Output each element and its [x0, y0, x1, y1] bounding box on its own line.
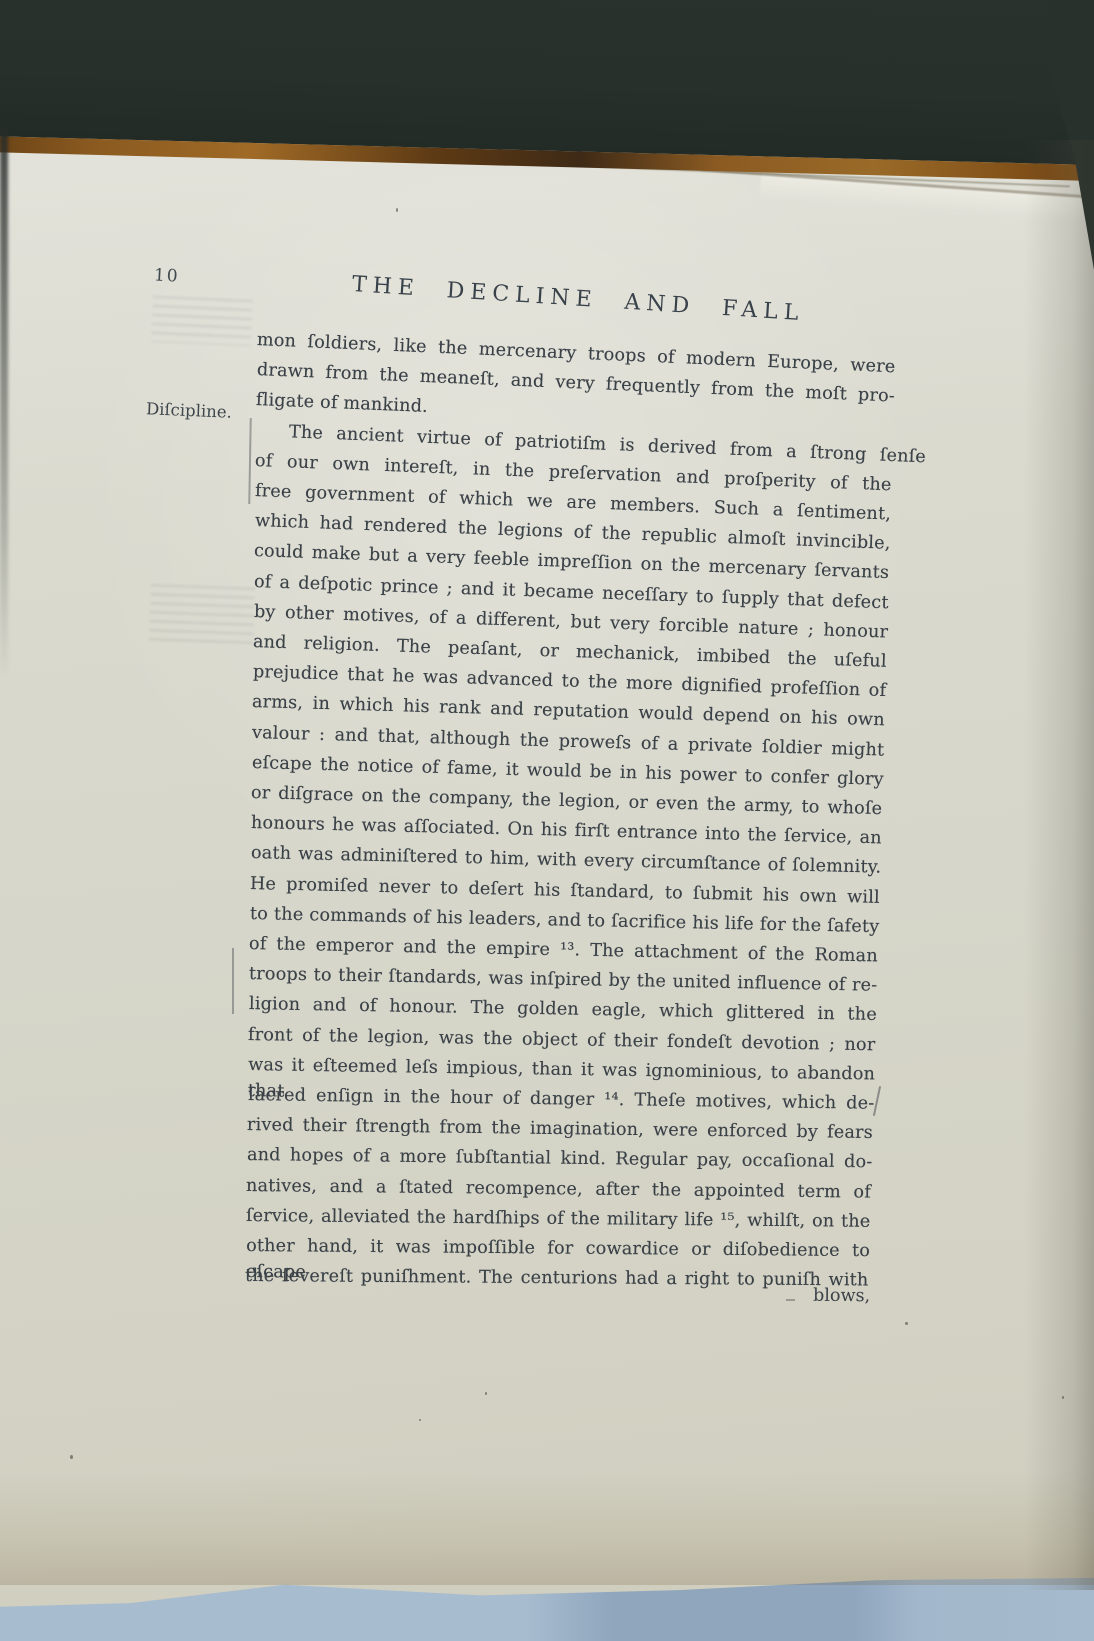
catchword: blows, [813, 1286, 870, 1306]
text-line: and hopes of a more ſubſtantial kind. Re… [247, 1142, 873, 1175]
book-page-photo: 10 THE DECLINE AND FALL Diſcipline. mon … [0, 0, 1094, 1641]
ink-speck [905, 1322, 908, 1325]
ink-dash [786, 1299, 795, 1301]
running-title: THE DECLINE AND FALL [351, 272, 822, 327]
ink-speck [485, 1392, 487, 1395]
text-line: front of the legion, was the object of t… [248, 1022, 876, 1058]
ink-speck [396, 208, 398, 212]
page-edge-shadow [0, 128, 8, 728]
ink-speck [419, 1419, 421, 1421]
text-line: the ſevereſt puniſhment. The centurions … [245, 1263, 869, 1293]
ink-speck [70, 1455, 73, 1459]
background-dark-surface [0, 0, 1094, 183]
margin-note: Diſcipline. [146, 399, 233, 421]
text-line: rived their ſtrength from the imaginatio… [247, 1112, 873, 1146]
printed-text-layer: 10 THE DECLINE AND FALL Diſcipline. mon … [0, 0, 1094, 1641]
text-line: natives, and a ſtated recompence, after … [246, 1173, 871, 1206]
text-line: ſervice, alleviated the hardſhips of the… [246, 1203, 871, 1235]
pen-mark [232, 948, 234, 1014]
ink-speck [1062, 1396, 1064, 1399]
page-number: 10 [153, 265, 180, 286]
